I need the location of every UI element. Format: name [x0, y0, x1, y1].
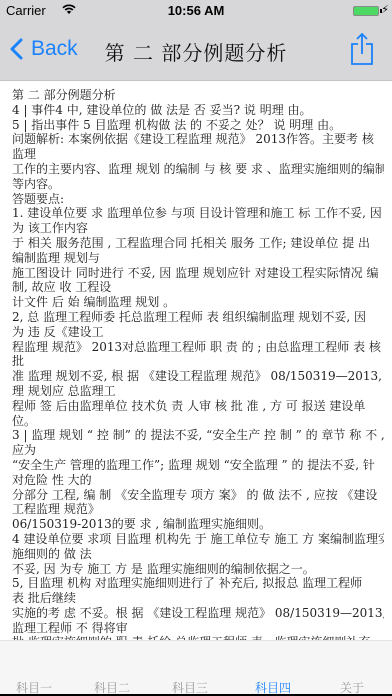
clock: 10:56 AM — [0, 3, 392, 18]
text-line: 答题要点: — [12, 192, 384, 207]
text-line: 5, 目监理 机构 对监理实施细则进行了 补充后, 拟报总 监理工程师 — [12, 576, 384, 591]
text-line: 1. 建设单位要 求 监理单位参 与项 目设计管理和施工 标 工作不妥, 因 — [12, 206, 384, 221]
text-line: 等内容。 — [12, 177, 384, 192]
text-line: 计文件 后 始 编制监理 规划 。 — [12, 295, 384, 310]
article-body: 第 二 部分例题分析4 | 事件4 中, 建设单位的 做 法是 否 妥当? 说 … — [12, 88, 384, 640]
text-line: 位。 — [12, 414, 384, 429]
text-line: 表 批后继续 — [12, 591, 384, 606]
text-line: “安全生产 管理的监理工作”; 监理 规划 “安全监理 ” 的 提法不妥, 针 — [12, 458, 384, 473]
text-line: 施细则的 做 法 — [12, 547, 384, 562]
charging-bolt-icon: ⚡ — [381, 3, 389, 16]
text-line: 监理工程师 不 得将审 — [12, 621, 384, 636]
text-line: 于 相关 服务范围 , 工程监理合同 托相关 服务 工作; 建设单位 提 出 — [12, 236, 384, 251]
navigation-bar: Back 第 二 部分例题分析 — [0, 20, 392, 80]
text-line: 工程监理 规范》 — [12, 502, 384, 517]
text-line: 制, 故应 收 工程设 — [12, 280, 384, 295]
text-line: 5 | 指出事件 5 目监理 机构做 法 的 不妥之 处？ 说 明理 由。 — [12, 118, 384, 133]
text-line: 为 违 反《建设工 — [12, 325, 384, 340]
text-line: 施工图设计 同时进行 不妥, 因 监理 规划应针 对建设工程实际情况 编 — [12, 266, 384, 281]
text-line: 问题解析: 本案例依据《建设工程监理 规范》 2013作答。主要考 核 — [12, 132, 384, 147]
text-line: 4 | 事件4 中, 建设单位的 做 法是 否 妥当? 说 明理 由。 — [12, 103, 384, 118]
text-line: 批 — [12, 354, 384, 369]
text-line: 06/150319-2013的要 求 , 编制监理实施细则。 — [12, 517, 384, 532]
text-line: 为 该工作内容 — [12, 221, 384, 236]
page-title: 第 二 部分例题分析 — [0, 37, 392, 66]
text-line: 第 二 部分例题分析 — [12, 88, 384, 103]
text-line: 分部分 工程, 编 制 《安全监理专 项方 案》 的 做 法不 , 应按 《建设 — [12, 488, 384, 503]
battery-icon — [353, 6, 379, 16]
share-icon — [350, 32, 374, 66]
text-line: 编制监理 规划与 — [12, 251, 384, 266]
text-line: 理 规划应 总监理工 — [12, 384, 384, 399]
text-line: 不妥, 因 为专 施工 方 是 监理实施细则的编制依据之一。 — [12, 562, 384, 577]
text-line: 工作的主要内容、监理 规划 的编制 与 核 要 求 、监理实施细则的编制 — [12, 162, 384, 177]
text-line: 4 建设单位要 求项 目监理 机构先 于 施工单位专 施工 方 案编制监理实 — [12, 532, 384, 547]
text-line: 实施的考 虑 不妥。根 据 《建设工程监理 规范》 08/150319—2013… — [12, 606, 384, 621]
text-line: 监理 — [12, 147, 384, 162]
text-line: 对危险 性 大的 — [12, 473, 384, 488]
text-line: 程师 签 后由监理单位 技术负 责 人审 核 批 准 , 方 可 报送 建设单 — [12, 399, 384, 414]
text-line: 应为 — [12, 443, 384, 458]
text-line: 3 | 监理 规划 “ 控 制” 的 提法不妥, “安全生产 控 制 ” 的 章… — [12, 428, 384, 443]
share-button[interactable] — [350, 32, 374, 70]
status-bar: Carrier 10:56 AM ⚡ — [0, 0, 392, 20]
text-line: 准 监理 规划不妥, 根 据 《建设工程监理 规范》 08/150319—201… — [12, 369, 384, 384]
text-line: 程监理 规范》 2013对总监理工程师 职 责 的 ; 由总监理工程师 表 核 — [12, 340, 384, 355]
header: Carrier 10:56 AM ⚡ Back 第 二 部分例题分析 — [0, 0, 392, 81]
text-line: 2, 总 监理工程师委 托总监理工程师 表 组织编制监理 规划不妥, 因 — [12, 310, 384, 325]
tab-bar: 科目一 科目二 科目三 科目四 关于 — [0, 640, 392, 695]
